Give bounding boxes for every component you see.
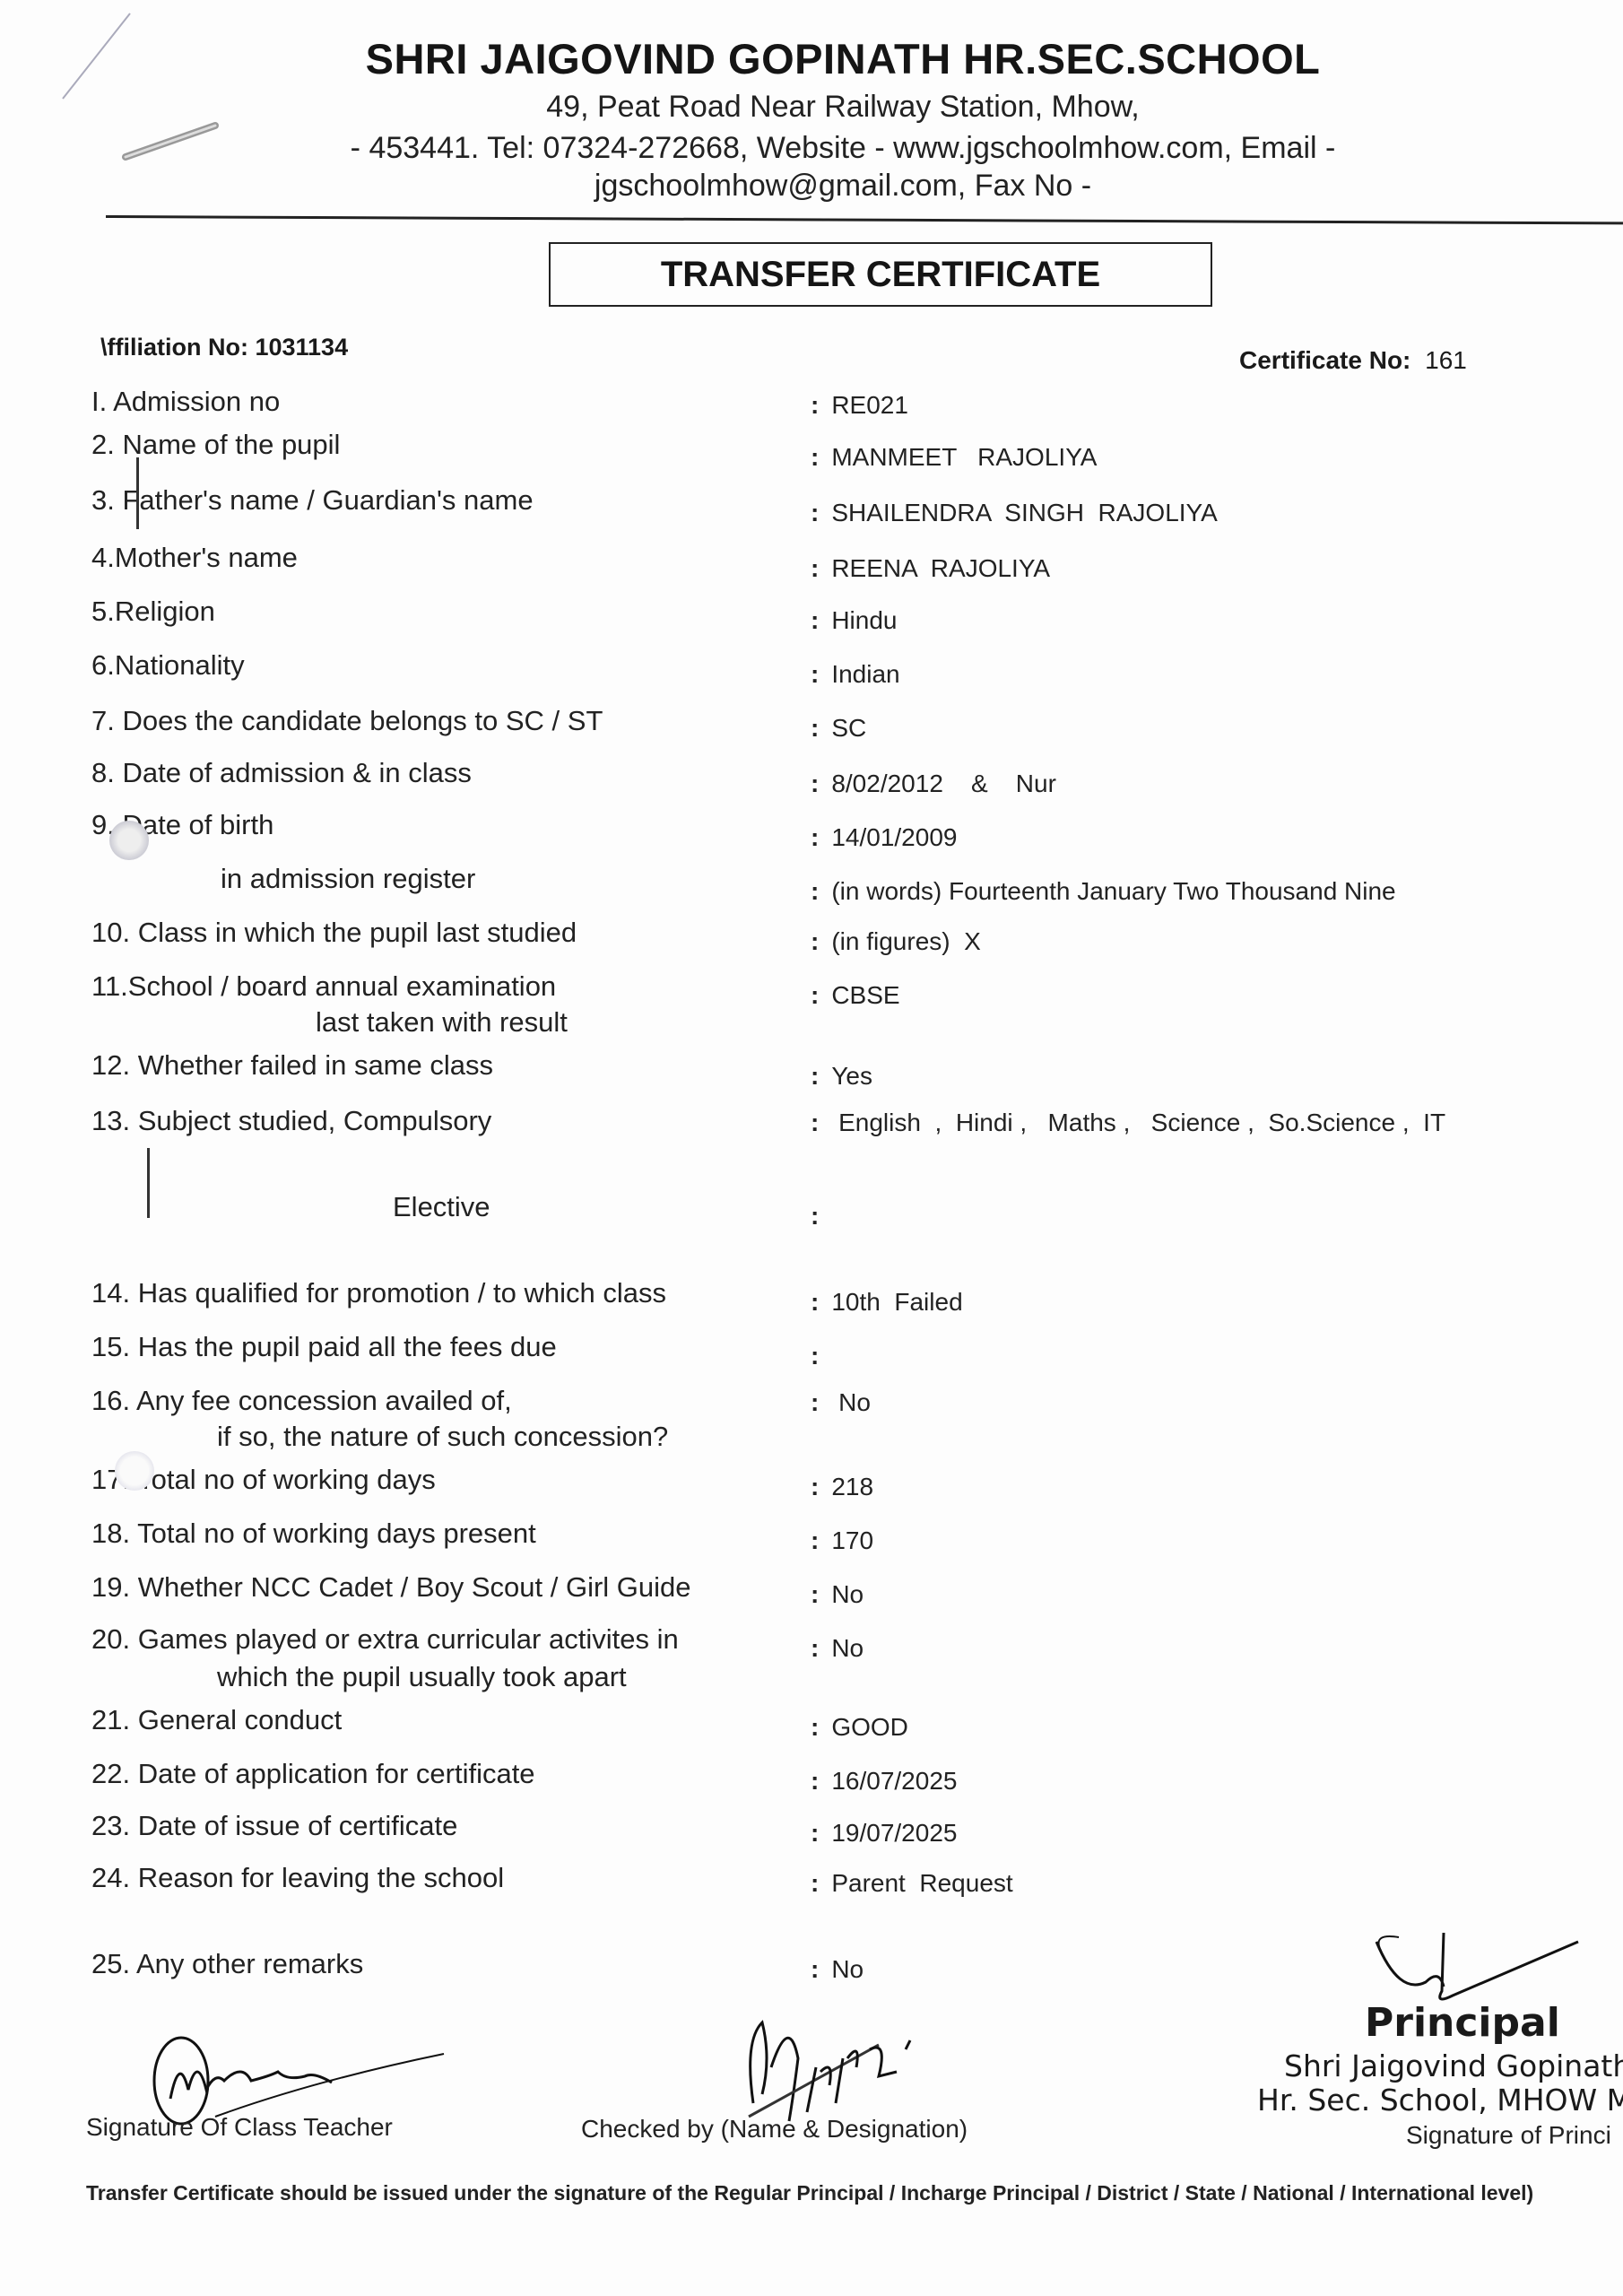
field-colon: : [811, 714, 819, 742]
field-value: :10th Failed [811, 1288, 963, 1317]
field-value: :170 [811, 1526, 873, 1555]
class-teacher-signature [135, 2027, 457, 2126]
field-colon: : [811, 554, 819, 582]
field-label: 13. Subject studied, Compulsory [91, 1105, 491, 1137]
field-label: 15. Has the pupil paid all the fees due [91, 1331, 557, 1363]
header-divider [106, 215, 1623, 224]
field-value: :8/02/2012 & Nur [811, 770, 1056, 798]
field-value: :218 [811, 1473, 873, 1501]
field-label: 23. Date of issue of certificate [91, 1810, 457, 1842]
checked-by-label: Checked by (Name & Designation) [581, 2115, 968, 2144]
field-colon: : [811, 1288, 819, 1316]
field-value: :Yes [811, 1062, 872, 1091]
principal-title: Principal [1365, 2000, 1560, 2046]
field-label: 12. Whether failed in same class [91, 1049, 493, 1082]
school-address-line-1: 49, Peat Road Near Railway Station, Mhow… [0, 90, 1623, 125]
field-value: :CBSE [811, 981, 900, 1010]
field-colon: : [811, 823, 819, 851]
field-label: 6.Nationality [91, 649, 245, 682]
punch-hole-mark [115, 1451, 154, 1491]
footer-note: Transfer Certificate should be issued un… [86, 2181, 1533, 2205]
field-value: : English , Hindi , Maths , Science , So… [811, 1109, 1445, 1137]
field-colon: : [811, 981, 819, 1009]
field-label: 18. Total no of working days present [91, 1518, 536, 1550]
field-value: :(in figures) X [811, 927, 981, 956]
field-colon: : [811, 927, 819, 955]
field-label: Elective [393, 1191, 490, 1223]
field-value-text: 10th Failed [831, 1288, 962, 1316]
field-colon: : [811, 1819, 819, 1847]
field-value: : [811, 1342, 831, 1370]
field-colon: : [811, 443, 819, 471]
field-label-continued: last taken with result [316, 1006, 568, 1039]
field-colon: : [811, 1713, 819, 1741]
field-colon: : [811, 1767, 819, 1795]
field-colon: : [811, 1634, 819, 1662]
field-label: 16. Any fee concession availed of, [91, 1385, 512, 1417]
principal-signature-label: Signature of Princi [1406, 2121, 1611, 2150]
class-teacher-signature-label: Signature Of Class Teacher [86, 2113, 393, 2142]
field-value-text: No [831, 1388, 871, 1416]
field-colon: : [811, 606, 819, 634]
field-value-text: No [831, 1580, 864, 1608]
field-colon: : [811, 660, 819, 688]
field-value: :(in words) Fourteenth January Two Thous… [811, 877, 1396, 906]
field-colon: : [811, 1526, 819, 1554]
field-label: in admission register [221, 863, 475, 895]
field-value: : [811, 1202, 831, 1231]
field-label: 21. General conduct [91, 1704, 342, 1736]
certificate-number: Certificate No: 161 [1239, 346, 1467, 375]
field-value-text: No [831, 1634, 864, 1662]
certificate-number-label: Certificate No: [1239, 346, 1410, 374]
field-label: 19. Whether NCC Cadet / Boy Scout / Girl… [91, 1571, 691, 1604]
principal-signature [1372, 1933, 1587, 2005]
field-label: 4.Mother's name [91, 542, 298, 574]
school-address-line-3: jgschoolmhow@gmail.com, Fax No - [0, 169, 1623, 204]
field-colon: : [811, 1473, 819, 1500]
field-value-text: 14/01/2009 [831, 823, 957, 851]
field-value: :GOOD [811, 1713, 908, 1742]
field-label: 22. Date of application for certificate [91, 1758, 535, 1790]
field-value-text: REENA RAJOLIYA [831, 554, 1050, 582]
field-value: :Hindu [811, 606, 898, 635]
field-colon: : [811, 1202, 819, 1230]
field-value-text: Hindu [831, 606, 897, 634]
field-colon: : [811, 1109, 819, 1136]
field-value-text: 170 [831, 1526, 873, 1554]
document-title-text: TRANSFER CERTIFICATE [661, 255, 1100, 295]
field-value: :Parent Request [811, 1869, 1013, 1898]
field-value-text: GOOD [831, 1713, 908, 1741]
field-label: 11.School / board annual examination [91, 970, 556, 1003]
field-value-text: SHAILENDRA SINGH RAJOLIYA [831, 499, 1218, 526]
field-colon: : [811, 770, 819, 797]
field-value: : No [811, 1388, 871, 1417]
field-value: :19/07/2025 [811, 1819, 957, 1848]
field-label: I. Admission no [91, 386, 280, 418]
field-label: 10. Class in which the pupil last studie… [91, 917, 577, 949]
field-colon: : [811, 391, 819, 419]
principal-school-line-1: Shri Jaigovind Gopinath [1284, 2048, 1623, 2083]
field-value-text: (in figures) X [831, 927, 981, 955]
field-value: :Indian [811, 660, 900, 689]
field-value: :RE021 [811, 391, 908, 420]
principal-school-line-2: Hr. Sec. School, MHOW M. [1257, 2083, 1623, 2118]
field-colon: : [811, 1342, 819, 1370]
field-value-text: MANMEET RAJOLIYA [831, 443, 1097, 471]
school-address-line-2: - 453441. Tel: 07324-272668, Website - w… [0, 131, 1623, 166]
margin-bracket-line [147, 1148, 150, 1218]
affiliation-number: \ffiliation No: 1031134 [100, 334, 348, 361]
field-value: :No [811, 1580, 864, 1609]
field-value: :No [811, 1634, 864, 1663]
field-colon: : [811, 1955, 819, 1983]
punch-hole-mark [109, 821, 149, 860]
field-value-text: Indian [831, 660, 899, 688]
field-value-text: Yes [831, 1062, 872, 1090]
field-label: 3. Father's name / Guardian's name [91, 484, 534, 517]
field-value-text: SC [831, 714, 866, 742]
field-value-text: Parent Request [831, 1869, 1012, 1897]
margin-bracket-line [136, 457, 139, 529]
field-colon: : [811, 499, 819, 526]
field-value-text: English , Hindi , Maths , Science , So.S… [831, 1109, 1445, 1136]
field-value-text: No [831, 1955, 864, 1983]
field-value-text: 16/07/2025 [831, 1767, 957, 1795]
field-label: 7. Does the candidate belongs to SC / ST [91, 705, 603, 737]
field-colon: : [811, 1580, 819, 1608]
field-colon: : [811, 1062, 819, 1090]
field-value: :14/01/2009 [811, 823, 957, 852]
field-label: 8. Date of admission & in class [91, 757, 472, 789]
field-value: :No [811, 1955, 864, 1984]
document-title: TRANSFER CERTIFICATE [549, 242, 1212, 307]
field-value-text: 8/02/2012 & Nur [831, 770, 1056, 797]
field-label: 5.Religion [91, 596, 215, 628]
field-value: :REENA RAJOLIYA [811, 554, 1050, 583]
field-colon: : [811, 1869, 819, 1897]
field-value: :16/07/2025 [811, 1767, 957, 1796]
field-colon: : [811, 877, 819, 905]
field-value-text: 218 [831, 1473, 873, 1500]
field-value-text: RE021 [831, 391, 908, 419]
field-value-text: 19/07/2025 [831, 1819, 957, 1847]
field-label-continued: which the pupil usually took apart [217, 1661, 627, 1693]
field-value: :SC [811, 714, 866, 743]
field-value: :SHAILENDRA SINGH RAJOLIYA [811, 499, 1218, 527]
school-name: SHRI JAIGOVIND GOPINATH HR.SEC.SCHOOL [0, 34, 1623, 83]
field-label: 24. Reason for leaving the school [91, 1862, 504, 1894]
field-value-text: (in words) Fourteenth January Two Thousa… [831, 877, 1395, 905]
field-value: :MANMEET RAJOLIYA [811, 443, 1097, 472]
field-label: 2. Name of the pupil [91, 429, 340, 461]
certificate-number-value: 161 [1425, 346, 1467, 374]
field-label: 20. Games played or extra curricular act… [91, 1623, 679, 1656]
field-label: 14. Has qualified for promotion / to whi… [91, 1277, 666, 1309]
field-label-continued: if so, the nature of such concession? [217, 1421, 668, 1453]
field-value-text: CBSE [831, 981, 899, 1009]
field-label: 25. Any other remarks [91, 1948, 363, 1980]
field-colon: : [811, 1388, 819, 1416]
